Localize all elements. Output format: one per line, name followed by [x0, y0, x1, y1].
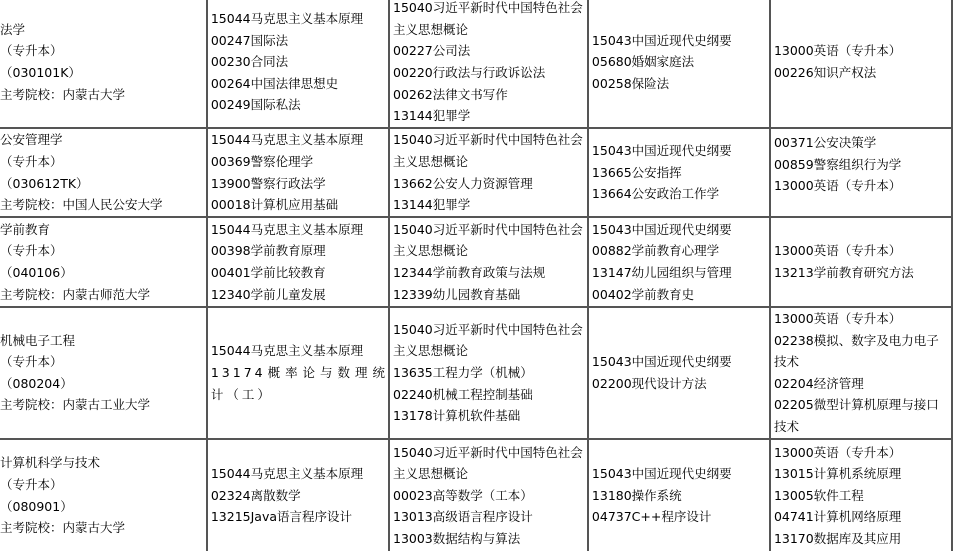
course-cell: 15040习近平新时代中国特色社会主义思想概论 12344学前教育政策与法规 1…: [390, 218, 589, 308]
course-cell: 15040习近平新时代中国特色社会主义思想概论 13662公安人力资源管理 13…: [390, 129, 589, 218]
course-item: 13174概率论与数理统计（工）: [211, 362, 388, 405]
course-item: 13178计算机软件基础: [393, 405, 587, 427]
course-item: 15043中国近现代史纲要: [592, 351, 769, 373]
course-cell: 13000英语（专升本） 00226知识产权法: [771, 0, 953, 129]
major-school: 主考院校：内蒙古工业大学: [0, 394, 206, 416]
table-row: 法学 （专升本） （030101K） 主考院校：内蒙古大学 15044马克思主义…: [0, 0, 953, 129]
course-item: 02205微型计算机原理与接口技术: [774, 394, 951, 437]
course-item: 15043中国近现代史纲要: [592, 30, 769, 52]
course-item: 04737C++程序设计: [592, 506, 769, 528]
major-name: 机械电子工程: [0, 330, 206, 352]
course-item: 12340学前儿童发展: [211, 284, 388, 306]
course-item: 02324离散数学: [211, 485, 388, 507]
course-item: 04741计算机网络原理: [774, 506, 951, 528]
course-item: 00401学前比较教育: [211, 262, 388, 284]
course-cell: 15044马克思主义基本原理 00369警察伦理学 13900警察行政法学 00…: [208, 129, 390, 218]
major-level: （专升本）: [0, 474, 206, 496]
table-row: 机械电子工程 （专升本） （080204） 主考院校：内蒙古工业大学 15044…: [0, 308, 953, 440]
course-item: 12344学前教育政策与法规: [393, 262, 587, 284]
course-item: 13000英语（专升本）: [774, 240, 951, 262]
major-cell: 计算机科学与技术 （专升本） （080901） 主考院校：内蒙古大学: [0, 440, 208, 551]
course-item: 13003数据结构与算法: [393, 528, 587, 550]
course-item: 12339幼儿园教育基础: [393, 284, 587, 306]
major-name: 公安管理学: [0, 129, 206, 151]
course-item: 00018计算机应用基础: [211, 194, 388, 216]
course-item: 13665公安指挥: [592, 162, 769, 184]
course-item: 13215Java语言程序设计: [211, 506, 388, 528]
major-name: 计算机科学与技术: [0, 452, 206, 474]
course-item: 13000英语（专升本）: [774, 40, 951, 62]
course-item: 00264中国法律思想史: [211, 73, 388, 95]
course-item: 00882学前教育心理学: [592, 240, 769, 262]
major-cell: 学前教育 （专升本） （040106） 主考院校：内蒙古师范大学: [0, 218, 208, 308]
course-cell: 15043中国近现代史纲要 05680婚姻家庭法 00258保险法: [589, 0, 771, 129]
major-name: 法学: [0, 19, 206, 41]
course-item: 13147幼儿园组织与管理: [592, 262, 769, 284]
course-item: 15044马克思主义基本原理: [211, 219, 388, 241]
major-code: （040106）: [0, 262, 206, 284]
table-row: 学前教育 （专升本） （040106） 主考院校：内蒙古师范大学 15044马克…: [0, 218, 953, 308]
course-cell: 15040习近平新时代中国特色社会主义思想概论 00227公司法 00220行政…: [390, 0, 589, 129]
major-cell: 机械电子工程 （专升本） （080204） 主考院校：内蒙古工业大学: [0, 308, 208, 440]
course-cell: 15044马克思主义基本原理 13174概率论与数理统计（工）: [208, 308, 390, 440]
course-item: 00371公安决策学: [774, 132, 951, 154]
course-item: 13005软件工程: [774, 485, 951, 507]
course-cell: 15044马克思主义基本原理 00247国际法 00230合同法 00264中国…: [208, 0, 390, 129]
course-item: 13000英语（专升本）: [774, 308, 951, 330]
course-cell: 15040习近平新时代中国特色社会主义思想概论 00023高等数学（工本） 13…: [390, 440, 589, 551]
course-item: 00249国际私法: [211, 94, 388, 116]
major-code: （080901）: [0, 496, 206, 518]
course-item: 15043中国近现代史纲要: [592, 219, 769, 241]
course-item: 15040习近平新时代中国特色社会主义思想概论: [393, 129, 587, 172]
course-item: 15040习近平新时代中国特色社会主义思想概论: [393, 319, 587, 362]
course-item: 13000英语（专升本）: [774, 175, 951, 197]
course-item: 02240机械工程控制基础: [393, 384, 587, 406]
course-cell: 00371公安决策学 00859警察组织行为学 13000英语（专升本）: [771, 129, 953, 218]
course-item: 02200现代设计方法: [592, 373, 769, 395]
course-cell: 15040习近平新时代中国特色社会主义思想概论 13635工程力学（机械） 02…: [390, 308, 589, 440]
course-item: 15040习近平新时代中国特色社会主义思想概论: [393, 219, 587, 262]
course-item: 00247国际法: [211, 30, 388, 52]
course-cell: 13000英语（专升本） 13015计算机系统原理 13005软件工程 0474…: [771, 440, 953, 551]
major-school: 主考院校：内蒙古大学: [0, 517, 206, 539]
course-cell: 15043中国近现代史纲要 00882学前教育心理学 13147幼儿园组织与管理…: [589, 218, 771, 308]
course-cell: 15043中国近现代史纲要 02200现代设计方法: [589, 308, 771, 440]
table-row: 计算机科学与技术 （专升本） （080901） 主考院校：内蒙古大学 15044…: [0, 440, 953, 551]
course-item: 00859警察组织行为学: [774, 154, 951, 176]
major-cell: 公安管理学 （专升本） （030612TK） 主考院校：中国人民公安大学: [0, 129, 208, 218]
course-item: 13000英语（专升本）: [774, 442, 951, 464]
course-item: 15044马克思主义基本原理: [211, 340, 388, 362]
course-item: 00262法律文书写作: [393, 84, 587, 106]
course-cell: 15044马克思主义基本原理 00398学前教育原理 00401学前比较教育 1…: [208, 218, 390, 308]
major-level: （专升本）: [0, 151, 206, 173]
course-item: 13662公安人力资源管理: [393, 173, 587, 195]
major-school: 主考院校：内蒙古大学: [0, 84, 206, 106]
course-item: 15043中国近现代史纲要: [592, 140, 769, 162]
course-item: 15044马克思主义基本原理: [211, 129, 388, 151]
course-item: 00226知识产权法: [774, 62, 951, 84]
course-item: 13664公安政治工作学: [592, 183, 769, 205]
course-item: 13180操作系统: [592, 485, 769, 507]
major-school: 主考院校：内蒙古师范大学: [0, 284, 206, 306]
major-school: 主考院校：中国人民公安大学: [0, 194, 206, 216]
course-item: 13144犯罪学: [393, 105, 587, 127]
course-item: 00227公司法: [393, 40, 587, 62]
course-cell: 15043中国近现代史纲要 13665公安指挥 13664公安政治工作学: [589, 129, 771, 218]
course-item: 00402学前教育史: [592, 284, 769, 306]
major-level: （专升本）: [0, 40, 206, 62]
course-item: 13170数据库及其应用: [774, 528, 951, 550]
course-item: 13635工程力学（机械）: [393, 362, 587, 384]
major-code: （030101K）: [0, 62, 206, 84]
course-item: 13015计算机系统原理: [774, 463, 951, 485]
course-item: 02204经济管理: [774, 373, 951, 395]
course-item: 02238模拟、数字及电力电子技术: [774, 330, 951, 373]
course-cell: 13000英语（专升本） 02238模拟、数字及电力电子技术 02204经济管理…: [771, 308, 953, 440]
course-item: 13900警察行政法学: [211, 173, 388, 195]
major-name: 学前教育: [0, 219, 206, 241]
exam-plan-table: 法学 （专升本） （030101K） 主考院校：内蒙古大学 15044马克思主义…: [0, 0, 953, 551]
course-cell: 15043中国近现代史纲要 13180操作系统 04737C++程序设计: [589, 440, 771, 551]
table-row: 公安管理学 （专升本） （030612TK） 主考院校：中国人民公安大学 150…: [0, 129, 953, 218]
major-code: （030612TK）: [0, 173, 206, 195]
course-item: 15043中国近现代史纲要: [592, 463, 769, 485]
course-item: 13213学前教育研究方法: [774, 262, 951, 284]
course-item: 00230合同法: [211, 51, 388, 73]
course-item: 00220行政法与行政诉讼法: [393, 62, 587, 84]
course-item: 05680婚姻家庭法: [592, 51, 769, 73]
course-item: 13013高级语言程序设计: [393, 506, 587, 528]
major-level: （专升本）: [0, 240, 206, 262]
major-code: （080204）: [0, 373, 206, 395]
exam-plan-sheet: 法学 （专升本） （030101K） 主考院校：内蒙古大学 15044马克思主义…: [0, 0, 953, 551]
course-item: 13144犯罪学: [393, 194, 587, 216]
major-cell: 法学 （专升本） （030101K） 主考院校：内蒙古大学: [0, 0, 208, 129]
course-item: 15040习近平新时代中国特色社会主义思想概论: [393, 0, 587, 40]
course-cell: 15044马克思主义基本原理 02324离散数学 13215Java语言程序设计: [208, 440, 390, 551]
course-item: 15044马克思主义基本原理: [211, 8, 388, 30]
course-item: 00023高等数学（工本）: [393, 485, 587, 507]
course-item: 00398学前教育原理: [211, 240, 388, 262]
course-cell: 13000英语（专升本） 13213学前教育研究方法: [771, 218, 953, 308]
course-item: 15044马克思主义基本原理: [211, 463, 388, 485]
major-level: （专升本）: [0, 351, 206, 373]
course-item: 00258保险法: [592, 73, 769, 95]
course-item: 15040习近平新时代中国特色社会主义思想概论: [393, 442, 587, 485]
course-item: 00369警察伦理学: [211, 151, 388, 173]
